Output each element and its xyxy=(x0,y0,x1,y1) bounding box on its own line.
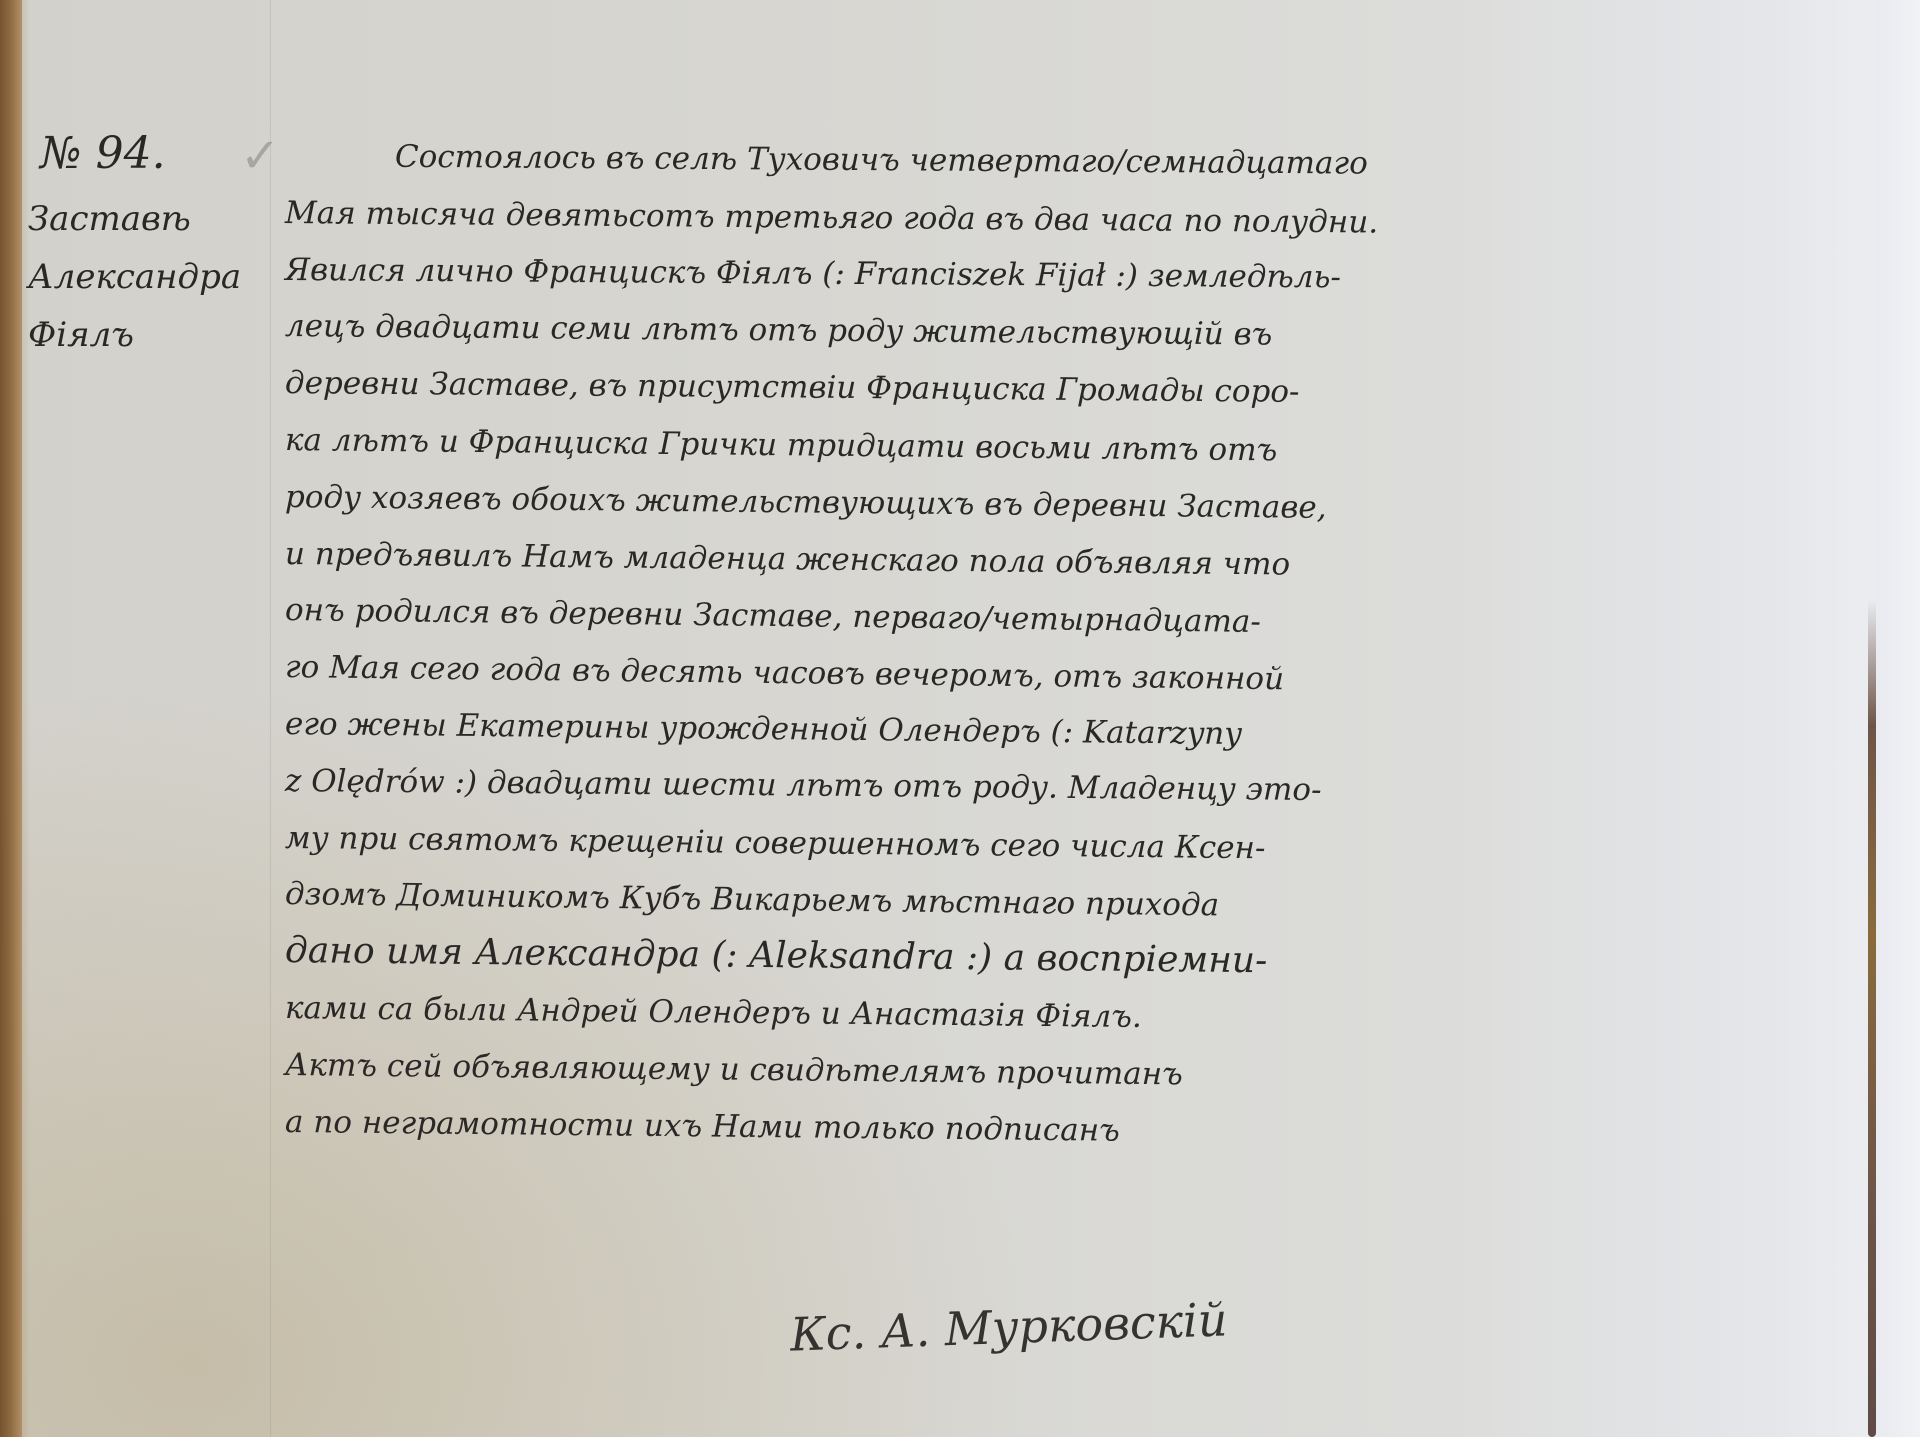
margin-surname: Фіялъ xyxy=(28,306,268,364)
record-body: Состоялось въ селѣ Туховичъ четвертаго/с… xyxy=(285,128,1865,1150)
record-line: Состоялось въ селѣ Туховичъ четвертаго/с… xyxy=(285,128,1865,196)
page-edge xyxy=(1868,600,1876,1437)
margin-given-name: Александра xyxy=(28,248,268,306)
margin-rule xyxy=(270,0,271,1437)
priest-signature: Кс. А. Мурковскій xyxy=(789,1292,1228,1361)
entry-number: № 94. xyxy=(40,128,166,179)
document-photo: № 94. ✓ Заставѣ Александра Фіялъ Состоял… xyxy=(0,0,1920,1437)
book-binding xyxy=(0,0,22,1437)
margin-note: Заставѣ Александра Фіялъ xyxy=(28,190,268,364)
margin-village: Заставѣ xyxy=(28,190,268,248)
pencil-check-icon: ✓ xyxy=(240,128,280,184)
